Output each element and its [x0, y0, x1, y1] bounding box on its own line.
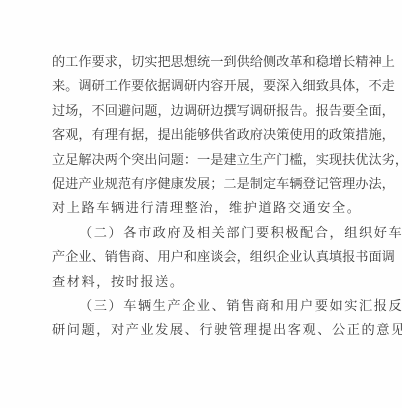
text-line: 产企业、销售商、用户和座谈会，组织企业认真填报书面调	[52, 246, 356, 270]
document-body: 的工作要求，切实把思想统一到供给侧改革和稳增长精神上 来。调研工作要依据调研内容…	[52, 51, 356, 344]
text-line: 的工作要求，切实把思想统一到供给侧改革和稳增长精神上	[52, 51, 356, 75]
paragraph-item-2-government-cooperation: （二）各市政府及相关部门要积极配合，组织好车辆生 产企业、销售商、用户和座谈会，…	[52, 222, 356, 295]
text-line: 过场，不回避问题，边调研边撰写调研报告。报告要全面，	[52, 100, 356, 124]
text-line: 客观，有理有据，提出能够供省政府决策使用的政策措施，	[52, 124, 356, 148]
text-line: 立足解决两个突出问题：一是建立生产门槛，实现扶优汰劣，	[52, 149, 356, 173]
text-line: （二）各市政府及相关部门要积极配合，组织好车辆生	[52, 222, 356, 246]
paragraph-work-requirements: 的工作要求，切实把思想统一到供给侧改革和稳增长精神上 来。调研工作要依据调研内容…	[52, 51, 356, 222]
text-line: 对上路车辆进行清理整治，维护道路交通安全。	[52, 197, 356, 221]
text-line: 促进产业规范有序健康发展；二是制定车辆登记管理办法，	[52, 173, 356, 197]
paragraph-item-3-enterprise-feedback: （三）车辆生产企业、销售商和用户要如实汇报反映调 研问题，对产业发展、行驶管理提…	[52, 295, 356, 344]
text-line: （三）车辆生产企业、销售商和用户要如实汇报反映调	[52, 295, 356, 319]
text-line: 研问题，对产业发展、行驶管理提出客观、公正的意见建议。	[52, 319, 356, 343]
document-page: 的工作要求，切实把思想统一到供给侧改革和稳增长精神上 来。调研工作要依据调研内容…	[0, 0, 402, 408]
text-line: 来。调研工作要依据调研内容开展，要深入细致具体，不走	[52, 75, 356, 99]
text-line: 查材料，按时报送。	[52, 271, 356, 295]
